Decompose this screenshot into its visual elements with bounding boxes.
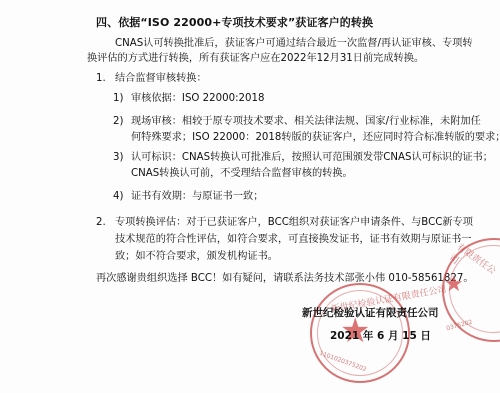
- star-icon: ★: [444, 268, 464, 302]
- item-title: 结合监督审核转换：: [115, 71, 207, 86]
- subitem-text: CNAS转换认可前，不受理结合监督审核的转换。: [131, 166, 353, 181]
- subitem-text: 证书有效期：与原证书一致；: [131, 189, 263, 204]
- subitem-text: 审核依据：ISO 22000:2018: [131, 91, 264, 106]
- closing-line: 再次感谢贵组织选择 BCC！如有疑问，请联系法务技术部张小伟 010-58561…: [96, 271, 474, 286]
- subitem-text: 现场审核：相较于原专项技术要求、相关法律法规、国家/行业标准，未附加任: [131, 114, 481, 129]
- item-text: 致；如不符合要求，颁发机构证书。: [115, 249, 278, 264]
- item-text: 技术规范的符合性评估，如符合要求，可直接换发证书，证书有效期与原证书一: [115, 232, 472, 247]
- intro-paragraph-line-1: CNAS认可转换批准后，获证客户可通过结合最近一次监督/再认证审核、专项转: [115, 36, 473, 51]
- subitem-number: 4): [113, 191, 123, 202]
- signature-company: 新世纪检验认证有限责任公司: [302, 305, 439, 320]
- intro-paragraph-line-2: 换评估的方式进行转换，所有获证客户应在2022年12月31日前完成转换。: [87, 51, 424, 66]
- subitem-text: 认可标识：CNAS转换认可批准后，按照认可范围颁发带CNAS认可标识的证书；: [131, 150, 493, 165]
- item-number: 1.: [96, 73, 106, 84]
- item-number: 2.: [96, 217, 106, 228]
- subitem-number: 3): [113, 152, 123, 163]
- subitem-number: 1): [113, 93, 123, 104]
- signature-date: 2021 年 6 月 15 日: [330, 328, 431, 343]
- subitem-text: 何特殊要求；ISO 22000：2018转版的获证客户，还应同时符合标准转版的要…: [131, 130, 500, 145]
- item-text: 专项转换评估：对于已获证客户，BCC组织对获证客户申请条件、与BCC新专项: [115, 215, 473, 230]
- section-heading: 四、依据“ISO 22000+专项技术要求”获证客户的转换: [96, 14, 373, 30]
- subitem-number: 2): [113, 116, 123, 127]
